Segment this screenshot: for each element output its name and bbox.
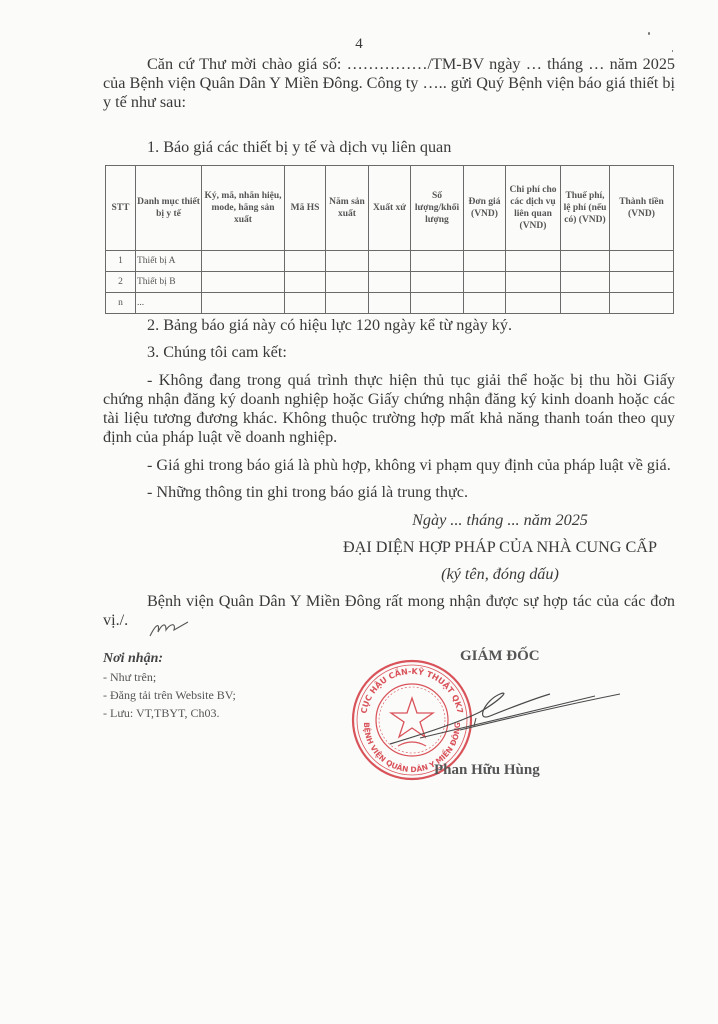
commitment-2: - Giá ghi trong báo giá là phù hợp, khôn… <box>147 456 671 475</box>
representative-title: ĐẠI DIỆN HỢP PHÁP CỦA NHÀ CUNG CẤP <box>330 538 670 557</box>
cell-stt: n <box>106 293 136 314</box>
header-total: Thành tiền (VND) <box>610 166 674 251</box>
header-hs-code: Mã HS <box>285 166 326 251</box>
quote-table: STT Danh mục thiết bị y tế Ký, mã, nhãn … <box>105 165 674 314</box>
section-1-title: 1. Báo giá các thiết bị y tế và dịch vụ … <box>147 138 451 157</box>
table-header-row: STT Danh mục thiết bị y tế Ký, mã, nhãn … <box>106 166 674 251</box>
table-row: 1 Thiết bị A <box>106 251 674 272</box>
header-origin: Xuất xứ <box>369 166 411 251</box>
intro-paragraph: Căn cứ Thư mời chào giá số: ……………/TM-BV … <box>103 55 675 112</box>
date-line: Ngày ... tháng ... năm 2025 <box>330 511 670 530</box>
recipients-title: Nơi nhận: <box>103 650 236 668</box>
cell-stt: 2 <box>106 272 136 293</box>
recipient-item: - Lưu: VT,TBYT, Ch03. <box>103 704 236 722</box>
intro-line-1: Căn cứ Thư mời chào giá số: ……………/TM-BV … <box>147 55 637 73</box>
recipient-item: - Đăng tải trên Website BV; <box>103 686 236 704</box>
header-service-cost: Chi phí cho các dịch vụ liên quan (VND) <box>506 166 561 251</box>
commitment-1: - Không đang trong quá trình thực hiện t… <box>103 371 675 447</box>
header-stt: STT <box>106 166 136 251</box>
header-unit-price: Đơn giá (VND) <box>464 166 506 251</box>
section-3-title: 3. Chúng tôi cam kết: <box>147 343 287 362</box>
header-brand-model: Ký, mã, nhãn hiệu, mode, hãng sản xuất <box>202 166 285 251</box>
section-2-validity: 2. Bảng báo giá này có hiệu lực 120 ngày… <box>147 316 512 335</box>
header-tax: Thuế phí, lệ phí (nếu có) (VND) <box>561 166 610 251</box>
initial-signature-icon <box>148 618 198 640</box>
cell-item: Thiết bị A <box>136 251 202 272</box>
cell-item: Thiết bị B <box>136 272 202 293</box>
commitment-3: - Những thông tin ghi trong báo giá là t… <box>147 483 468 502</box>
page-number: 4 <box>0 36 718 53</box>
table-row: n ... <box>106 293 674 314</box>
sign-note: (ký tên, đóng dấu) <box>330 565 670 584</box>
header-quantity: Số lượng/khối lượng <box>411 166 464 251</box>
recipient-item: - Như trên; <box>103 668 236 686</box>
cell-stt: 1 <box>106 251 136 272</box>
table-row: 2 Thiết bị B <box>106 272 674 293</box>
signer-name: Phan Hữu Hùng <box>434 762 540 779</box>
header-device-list: Danh mục thiết bị y tế <box>136 166 202 251</box>
cell-item: ... <box>136 293 202 314</box>
director-signature-icon <box>390 682 630 752</box>
header-year: Năm sản xuất <box>326 166 369 251</box>
recipients-block: Nơi nhận: - Như trên; - Đăng tải trên We… <box>103 650 236 722</box>
